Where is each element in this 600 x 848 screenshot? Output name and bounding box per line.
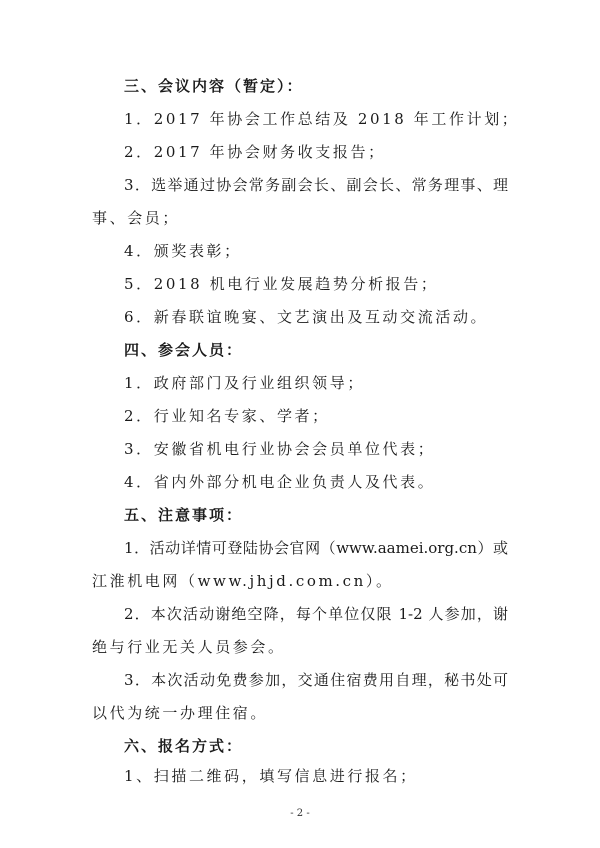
list-item-continuation: 江淮机电网（www.jhjd.com.cn）。 xyxy=(92,570,508,592)
document-page: 三、会议内容（暂定）： 1．2017 年协会工作总结及 2018 年工作计划； … xyxy=(0,0,600,848)
list-item: 4．颁奖表彰； xyxy=(124,240,508,262)
list-item: 6．新春联谊晚宴、文艺演出及互动交流活动。 xyxy=(124,306,508,328)
section-heading-notes: 五、注意事项： xyxy=(124,504,508,526)
list-item: 3．本次活动免费参加，交通住宿费用自理，秘书处可 xyxy=(124,669,508,691)
list-item: 1．政府部门及行业组织领导； xyxy=(124,372,508,394)
section-heading-meeting-content: 三、会议内容（暂定）： xyxy=(124,75,508,97)
page-number: - 2 - xyxy=(0,808,600,819)
list-item: 1．活动详情可登陆协会官网（www.aamei.org.cn）或 xyxy=(124,537,508,559)
list-item: 3．安徽省机电行业协会会员单位代表； xyxy=(124,438,508,460)
list-item: 5．2018 机电行业发展趋势分析报告； xyxy=(124,273,508,295)
list-item-continuation: 以代为统一办理住宿。 xyxy=(92,702,508,724)
section-heading-registration: 六、报名方式： xyxy=(124,735,508,757)
list-item: 2．本次活动谢绝空降，每个单位仅限 1-2 人参加，谢 xyxy=(124,603,508,625)
list-item-continuation: 绝与行业无关人员参会。 xyxy=(92,636,508,658)
section-heading-attendees: 四、参会人员： xyxy=(124,339,508,361)
list-item: 2．行业知名专家、学者； xyxy=(124,405,508,427)
list-item: 4．省内外部分机电企业负责人及代表。 xyxy=(124,471,508,493)
list-item: 2．2017 年协会财务收支报告； xyxy=(124,141,508,163)
list-item: 1．2017 年协会工作总结及 2018 年工作计划； xyxy=(124,108,508,130)
list-item-continuation: 事、会员； xyxy=(92,207,508,229)
list-item: 1、扫描二维码，填写信息进行报名； xyxy=(124,765,508,787)
list-item: 3．选举通过协会常务副会长、副会长、常务理事、理 xyxy=(124,174,508,196)
